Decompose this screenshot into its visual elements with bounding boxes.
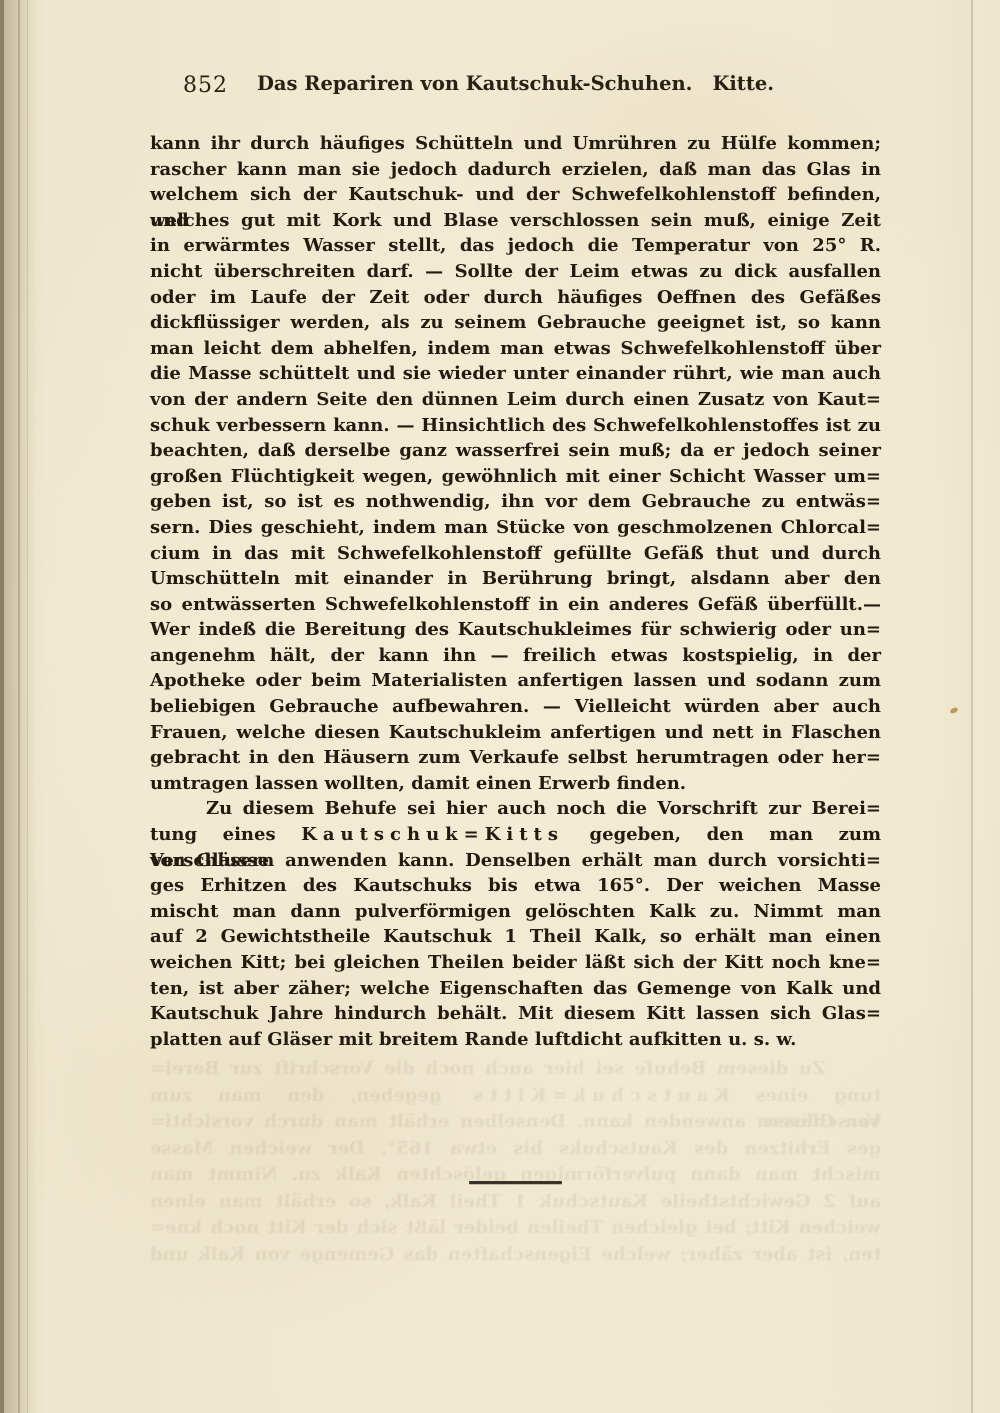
text-line: umtragen lassen wollten, damit einen Erw… — [150, 771, 881, 797]
paragraph-2: Zu diesem Behufe sei hier auch noch die … — [150, 796, 881, 1052]
text-line: welches gut mit Kork und Blase verschlos… — [150, 208, 881, 234]
binding-crease-line — [18, 0, 20, 1413]
page-left-edge — [0, 0, 4, 1413]
text-line: großen Flüchtigkeit wegen, gewöhnlich mi… — [150, 464, 881, 490]
text-line: mischt man dann pulverförmigen gelöschte… — [150, 1162, 881, 1189]
text-segment: tung eines — [150, 824, 301, 845]
text-line: tung eines Kautschuk=Kitts gegeben, den … — [150, 1083, 881, 1110]
text-segment: tung eines — [730, 1085, 881, 1106]
text-line: Umschütteln mit einander in Berührung br… — [150, 566, 881, 592]
text-line: Kautschuk Jahre hindurch behält. Mit die… — [150, 1268, 881, 1271]
text-line: beliebigen Gebrauche aufbewahren. — Viel… — [150, 694, 881, 720]
text-line: mischt man dann pulverförmigen gelöschte… — [150, 899, 881, 925]
text-line: so entwässerten Schwefelkohlenstoff in e… — [150, 592, 881, 618]
text-line: angenehm hält, der kann ihn — freilich e… — [150, 643, 881, 669]
text-line: sern. Dies geschieht, indem man Stücke v… — [150, 515, 881, 541]
page-number: 852 — [183, 73, 228, 98]
text-line: tung eines Kautschuk=Kitts gegeben, den … — [150, 822, 881, 848]
running-header-title: Das Repariren von Kautschuk-Schuhen. Kit… — [150, 72, 881, 95]
text-line: die Masse schüttelt und sie wieder unter… — [150, 361, 881, 387]
text-line: ten, ist aber zäher; welche Eigenschafte… — [150, 1242, 881, 1269]
text-line: gebracht in den Häusern zum Verkaufe sel… — [150, 745, 881, 771]
text-line: in erwärmtes Wasser stellt, das jedoch d… — [150, 233, 881, 259]
text-line: ges Erhitzen des Kautschuks bis etwa 165… — [150, 1136, 881, 1163]
text-line: platten auf Gläser mit breitem Rande luf… — [150, 1027, 881, 1053]
text-line: von Gläsern anwenden kann. Denselben erh… — [150, 848, 881, 874]
text-line: auf 2 Gewichtstheile Kautschuk 1 Theil K… — [150, 924, 881, 950]
text-line: weichen Kitt; bei gleichen Theilen beide… — [150, 950, 881, 976]
text-line: Zu diesem Behufe sei hier auch noch die … — [150, 1056, 881, 1083]
text-line: geben ist, so ist es nothwendig, ihn vor… — [150, 489, 881, 515]
binding-crease-line-2 — [27, 0, 28, 1413]
text-line: Zu diesem Behufe sei hier auch noch die … — [150, 796, 881, 822]
text-line: beachten, daß derselbe ganz wasserfrei s… — [150, 438, 881, 464]
text-line: Apotheke oder beim Materialisten anferti… — [150, 668, 881, 694]
text-line: von der andern Seite den dünnen Leim dur… — [150, 387, 881, 413]
text-line: dickflüssiger werden, als zu seinem Gebr… — [150, 310, 881, 336]
body-text: kann ihr durch häufiges Schütteln und Um… — [150, 131, 881, 1052]
text-line: nicht überschreiten darf. — Sollte der L… — [150, 259, 881, 285]
page-right-margin-band — [973, 0, 1000, 1413]
text-line: Frauen, welche diesen Kautschukleim anfe… — [150, 720, 881, 746]
text-line: weichen Kitt; bei gleichen Theilen beide… — [150, 1215, 881, 1242]
emphasized-spaced-text: Kautschuk=Kitts — [467, 1085, 730, 1106]
text-line: Wer indeß die Bereitung des Kautschuklei… — [150, 617, 881, 643]
text-line: welchem sich der Kautschuk- und der Schw… — [150, 182, 881, 208]
text-line: auf 2 Gewichtstheile Kautschuk 1 Theil K… — [150, 1189, 881, 1216]
text-line: ten, ist aber zäher; welche Eigenschafte… — [150, 976, 881, 1002]
text-line: von Gläsern anwenden kann. Denselben erh… — [150, 1109, 881, 1136]
text-line: Kautschuk Jahre hindurch behält. Mit die… — [150, 1001, 881, 1027]
text-line: rascher kann man sie jedoch dadurch erzi… — [150, 157, 881, 183]
text-line: oder im Laufe der Zeit oder durch häufig… — [150, 285, 881, 311]
verso-show-through-text: Zu diesem Behufe sei hier auch noch die … — [150, 1056, 881, 1271]
running-header-main: Das Repariren von Kautschuk-Schuhen. — [257, 72, 692, 95]
running-header: 852 Das Repariren von Kautschuk-Schuhen.… — [150, 72, 881, 102]
text-line: kann ihr durch häufiges Schütteln und Um… — [150, 131, 881, 157]
running-header-sub: Kitte. — [712, 72, 774, 95]
text-line: cium in das mit Schwefelkohlenstoff gefü… — [150, 541, 881, 567]
text-line: man leicht dem abhelfen, indem man etwas… — [150, 336, 881, 362]
emphasized-spaced-text: Kautschuk=Kitts — [301, 824, 564, 845]
paragraph-1: kann ihr durch häufiges Schütteln und Um… — [150, 131, 881, 796]
text-line: ges Erhitzen des Kautschuks bis etwa 165… — [150, 873, 881, 899]
text-line: schuk verbessern kann. — Hinsichtlich de… — [150, 413, 881, 439]
